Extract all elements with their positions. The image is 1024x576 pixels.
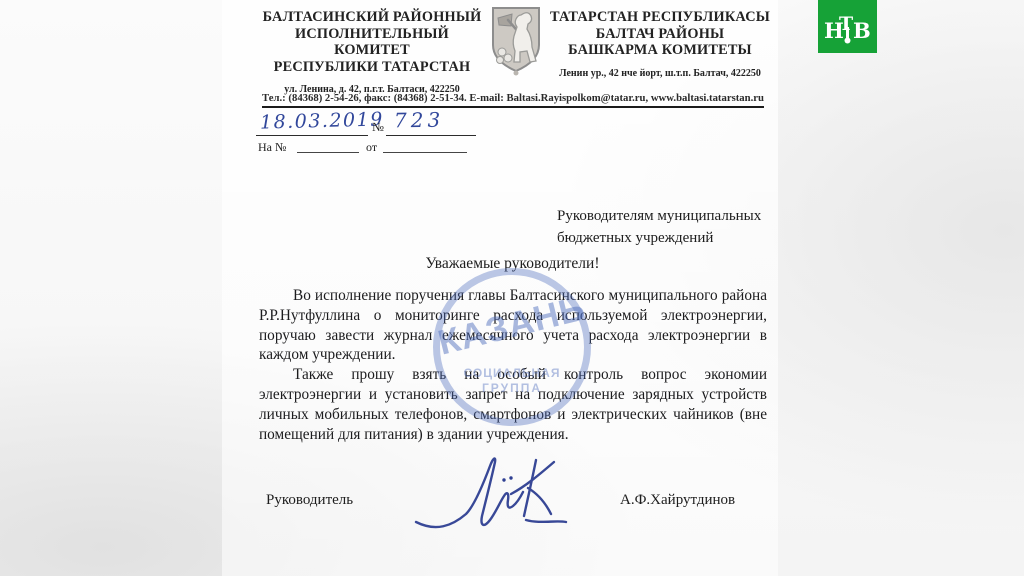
signer-position-label: Руководитель [266, 492, 353, 509]
org-name-line: БАЛТАСИНСКИЙ РАЙОННЫЙ [260, 9, 484, 26]
ntv-logo-icon: Н В Т [818, 0, 877, 53]
handwritten-outgoing-number: 723 [394, 108, 445, 133]
handwritten-signature-icon [408, 452, 603, 547]
body-paragraph-2: Также прошу взять на особый контроль воп… [259, 365, 767, 444]
number-underline [386, 135, 476, 136]
handwritten-date: 18.03.2019 [260, 108, 384, 133]
reply-number-blank [297, 140, 359, 153]
reply-from-label: от [366, 140, 377, 155]
letterhead-org-tatar: ТАТАРСТАН РЕСПУБЛИКАСЫ БАЛТАЧ РАЙОНЫ БАШ… [550, 9, 770, 79]
contact-line: Тел.: (84368) 2-54-26, факс: (84368) 2-5… [262, 92, 764, 104]
addressee-line: бюджетных учреждений [557, 228, 775, 250]
org-name-line: ТАТАРСТАН РЕСПУБЛИКАСЫ [550, 9, 770, 26]
org-name-line: БАШКАРМА КОМИТЕТЫ [550, 42, 770, 59]
reply-to-number-label: На № [258, 140, 286, 155]
news-image-canvas: БАЛТАСИНСКИЙ РАЙОННЫЙ ИСПОЛНИТЕЛЬНЫЙ КОМ… [0, 0, 1024, 576]
reply-date-blank [383, 140, 467, 153]
letterhead-org-russian: БАЛТАСИНСКИЙ РАЙОННЫЙ ИСПОЛНИТЕЛЬНЫЙ КОМ… [260, 9, 484, 95]
addressee-line: Руководителям муниципальных [557, 206, 775, 228]
org-name-line: ИСПОЛНИТЕЛЬНЫЙ КОМИТЕТ [260, 26, 484, 59]
letterhead-divider [262, 106, 764, 108]
org-name-line: РЕСПУБЛИКИ ТАТАРСТАН [260, 59, 484, 76]
body-paragraph-1: Во исполнение поручения главы Балтасинск… [259, 286, 767, 365]
addressee-block: Руководителям муниципальных бюджетных уч… [557, 206, 775, 249]
date-underline [256, 135, 368, 136]
coat-of-arms-bear-with-axe-icon [488, 5, 544, 77]
signer-name: А.Ф.Хайрутдинов [620, 492, 735, 509]
letter-body: Во исполнение поручения главы Балтасинск… [259, 286, 767, 444]
svg-text:В: В [853, 18, 871, 43]
org-name-line: БАЛТАЧ РАЙОНЫ [550, 26, 770, 43]
org-address-tatar: Ленин ур., 42 нче йорт, ш.т.п. Балтач, 4… [550, 68, 770, 79]
number-sign: № [372, 120, 384, 135]
salutation: Уважаемые руководители! [260, 255, 765, 273]
